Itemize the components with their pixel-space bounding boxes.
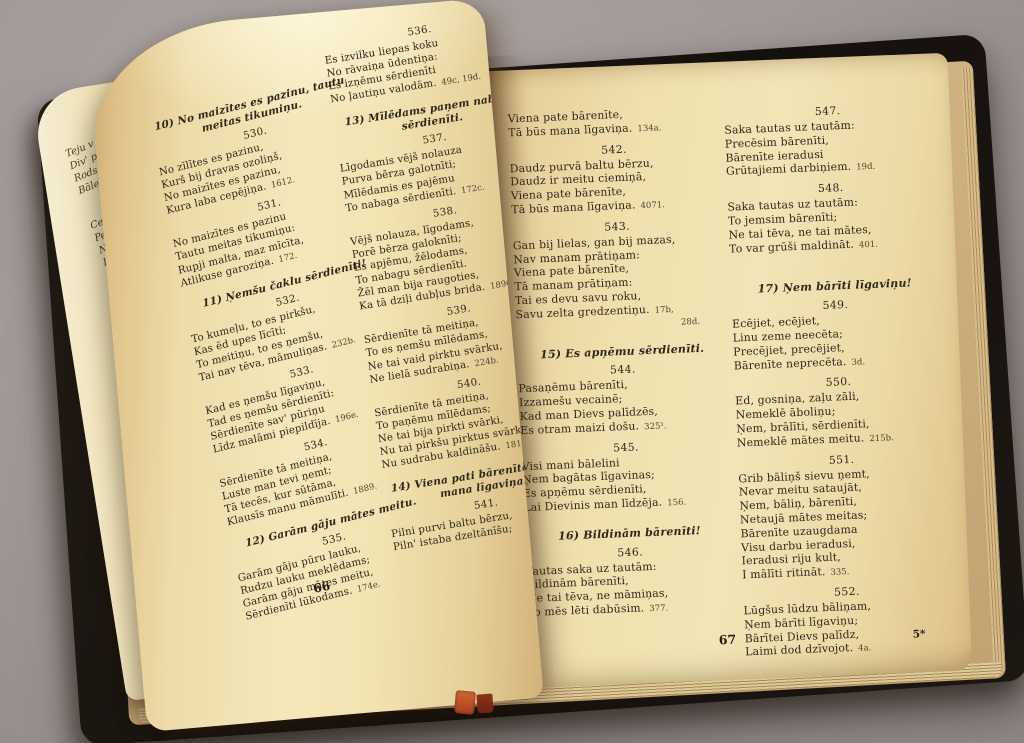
song-reference: 172. xyxy=(278,250,298,264)
song-reference: 1612. xyxy=(270,175,296,191)
book-photo: Viena pate bārenīte,Tā būs mana līgaviņa… xyxy=(0,0,1024,743)
song-reference: 196e. xyxy=(335,410,360,426)
song-reference: 3d. xyxy=(851,357,865,368)
song: 546.Tautas saka uz tautām:Bildinām bāren… xyxy=(525,541,738,622)
song: 548.Saka tautas uz tautām:To jemsim bāre… xyxy=(727,178,938,258)
song-reference: 4a. xyxy=(858,644,872,655)
song-reference: 17b, xyxy=(654,305,673,316)
song-reference: 19d. xyxy=(856,162,875,173)
page-left: 10) No maizītes es pazinu, tautu meitas … xyxy=(86,0,544,732)
bookmark-ribbon-dark xyxy=(476,693,493,713)
song: 550.Ed, gosniņa, zaļu zāli,Nemeklē āboli… xyxy=(734,372,945,452)
bookmark-ribbon xyxy=(454,690,476,715)
song: 547.Saka tautas uz tautām:Precēsim bāren… xyxy=(723,100,934,180)
song-reference: 1889. xyxy=(352,481,378,497)
song-reference: 377. xyxy=(649,603,668,614)
song: 552.Lūgšus lūdzu bāliņam,Ņem bārīti līga… xyxy=(743,581,954,661)
song-reference: 4071. xyxy=(640,200,665,211)
song-reference: 172c. xyxy=(460,182,485,196)
section-header: 15) Es apņēmu sērdienīti. xyxy=(517,340,727,362)
right-page-column-1: Viena pate bārenīte,Tā būs mana līgaviņa… xyxy=(507,104,737,627)
section-header: 16) Bildinām bārenīti! xyxy=(524,522,734,544)
song-reference: 335. xyxy=(830,567,849,578)
song-reference: 215b. xyxy=(869,433,894,444)
song-reference: 156. xyxy=(667,498,686,509)
song-reference: 232b. xyxy=(331,335,357,351)
song: 549.Ecējiet, ecējiet,Linu zeme neecēta;P… xyxy=(731,294,942,374)
song-reference: 224b. xyxy=(474,355,499,369)
song: 551.Grib bāliņš sievu ņemt,Nevar meitu s… xyxy=(737,449,950,585)
song: Viena pate bārenīte,Tā būs mana līgaviņa… xyxy=(507,104,718,142)
page-number: 67 xyxy=(718,632,736,648)
song: 542.Daudz purvā baltu bērzu,Daudz ir mei… xyxy=(509,139,722,220)
song-reference: 174e. xyxy=(356,580,381,596)
song-reference: 401. xyxy=(859,239,878,250)
page-right: Viena pate bārenīte,Tā būs mana līgaviņa… xyxy=(474,53,972,690)
song: 544.Pasaņēmu bārenīti,Izzamešu vecainē;K… xyxy=(518,359,731,440)
song-reference: 49c, 19d. xyxy=(441,72,482,88)
song-reference: 325¹. xyxy=(644,421,667,432)
signature-mark: 5* xyxy=(912,628,925,641)
song: 543.Gan bij lielas, gan bij mazas,Nav ma… xyxy=(512,216,726,335)
song: 545.Visi mani bāleliniŅem bagātas līgavi… xyxy=(521,436,734,517)
song-reference: 134a. xyxy=(637,123,661,134)
right-page-column-2: 547.Saka tautas uz tautām:Precēsim bāren… xyxy=(723,95,953,666)
section-header: 17) Ņem bārīti līgaviņu! xyxy=(731,276,939,298)
